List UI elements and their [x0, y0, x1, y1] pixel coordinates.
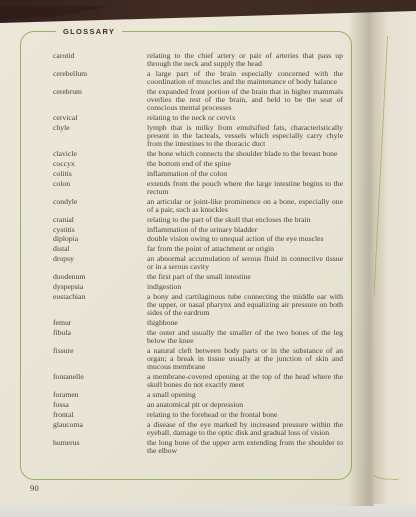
glossary-entry: cervical relating to the neck or cervix — [53, 114, 349, 122]
page-fold-shadow — [348, 10, 374, 506]
glossary-definition: the long bone of the upper arm extending… — [147, 439, 343, 455]
glossary-definition: a large part of the brain especially con… — [147, 70, 343, 86]
glossary-entry: dyspepsia indigestion — [53, 283, 349, 291]
glossary-definition: indigestion — [147, 283, 343, 291]
glossary-entry: distal far from the point of attachment … — [53, 245, 349, 253]
glossary-term: cervical — [53, 114, 147, 122]
glossary-term: fibula — [53, 329, 147, 345]
glossary-definition: the bone which connects the shoulder bla… — [147, 150, 343, 158]
glossary-entry: colon extends from the pouch where the l… — [53, 180, 349, 196]
glossary-definition: relating to the neck or cervix — [147, 114, 343, 122]
glossary-term: foramen — [53, 391, 147, 399]
glossary-entry: cranial relating to the part of the skul… — [53, 216, 349, 224]
glossary-entry: dropsy an abnormal accumulation of serou… — [53, 255, 349, 271]
glossary-entry: chyle lymph that is milky from emulsifie… — [53, 124, 349, 148]
glossary-entry: fissure a natural cleft between body par… — [53, 347, 349, 371]
glossary-entry: colitis inflammation of the colon — [53, 170, 349, 178]
glossary-term: cerebrum — [53, 88, 147, 112]
glossary-entry: carotid relating to the chief artery or … — [53, 52, 349, 68]
glossary-term: distal — [53, 245, 147, 253]
glossary-definition: extends from the pouch where the large i… — [147, 180, 343, 196]
glossary-definition: a small opening — [147, 391, 343, 399]
glossary-entry: fontanelle a membrane-covered opening at… — [53, 373, 349, 389]
glossary-term: colon — [53, 180, 147, 196]
page-number: 90 — [30, 483, 39, 493]
glossary-entry: humerus the long bone of the upper arm e… — [53, 439, 349, 455]
glossary-list: carotid relating to the chief artery or … — [53, 52, 349, 457]
glossary-entry: cerebrum the expanded front portion of t… — [53, 88, 349, 112]
glossary-term: diplopia — [53, 235, 147, 243]
glossary-term: dropsy — [53, 255, 147, 271]
glossary-definition: an abnormal accumulation of serous fluid… — [147, 255, 343, 271]
glossary-entry: condyle an articular or joint-like promi… — [53, 198, 349, 214]
glossary-term: clavicle — [53, 150, 147, 158]
glossary-definition: thighbone — [147, 319, 343, 327]
book-photo-scene: GLOSSARY carotid relating to the chief a… — [0, 0, 416, 517]
glossary-definition: relating to the forehead or the frontal … — [147, 411, 343, 419]
glossary-term: condyle — [53, 198, 147, 214]
glossary-entry: fibula the outer and usually the smaller… — [53, 329, 349, 345]
glossary-term: fontanelle — [53, 373, 147, 389]
glossary-definition: a disease of the eye marked by increased… — [147, 421, 343, 437]
glossary-entry: clavicle the bone which connects the sho… — [53, 150, 349, 158]
glossary-term: colitis — [53, 170, 147, 178]
next-page-edge — [370, 8, 416, 504]
glossary-definition: relating to the part of the skull that e… — [147, 216, 343, 224]
glossary-definition: inflammation of the urinary bladder — [147, 226, 343, 234]
glossary-term: carotid — [53, 52, 147, 68]
glossary-entry: frontal relating to the forehead or the … — [53, 411, 349, 419]
glossary-term: fissure — [53, 347, 147, 371]
glossary-definition: the first part of the small intestine — [147, 273, 343, 281]
glossary-entry: cystitis inflammation of the urinary bla… — [53, 226, 349, 234]
glossary-definition: lymph that is milky from emulsified fats… — [147, 124, 343, 148]
glossary-entry: eustachian a bony and cartilaginous tube… — [53, 293, 349, 317]
glossary-term: chyle — [53, 124, 147, 148]
glossary-term: eustachian — [53, 293, 147, 317]
glossary-definition: the expanded front portion of the brain … — [147, 88, 343, 112]
glossary-term: frontal — [53, 411, 147, 419]
glossary-definition: far from the point of attachment or orig… — [147, 245, 343, 253]
glossary-entry: glaucoma a disease of the eye marked by … — [53, 421, 349, 437]
glossary-entry: femur thighbone — [53, 319, 349, 327]
glossary-definition: an anatomical pit or depression — [147, 401, 343, 409]
glossary-term: dyspepsia — [53, 283, 147, 291]
glossary-entry: diplopia double vision owing to unequal … — [53, 235, 349, 243]
book-page: GLOSSARY carotid relating to the chief a… — [0, 10, 374, 506]
glossary-heading: GLOSSARY — [56, 26, 122, 37]
glossary-term: cerebellum — [53, 70, 147, 86]
glossary-definition: a membrane-covered opening at the top of… — [147, 373, 343, 389]
glossary-entry: foramen a small opening — [53, 391, 349, 399]
glossary-term: femur — [53, 319, 147, 327]
glossary-definition: relating to the chief artery or pair of … — [147, 52, 343, 68]
glossary-entry: fossa an anatomical pit or depression — [53, 401, 349, 409]
glossary-definition: the outer and usually the smaller of the… — [147, 329, 343, 345]
glossary-term: glaucoma — [53, 421, 147, 437]
glossary-definition: double vision owing to unequal action of… — [147, 235, 343, 243]
glossary-term: coccyx — [53, 160, 147, 168]
glossary-term: fossa — [53, 401, 147, 409]
glossary-term: cranial — [53, 216, 147, 224]
glossary-definition: an articular or joint-like prominence on… — [147, 198, 343, 214]
glossary-term: duodenum — [53, 273, 147, 281]
glossary-definition: the bottom end of the spine — [147, 160, 343, 168]
glossary-term: humerus — [53, 439, 147, 455]
glossary-entry: coccyx the bottom end of the spine — [53, 160, 349, 168]
glossary-definition: a natural cleft between body parts or in… — [147, 347, 343, 371]
glossary-entry: duodenum the first part of the small int… — [53, 273, 349, 281]
glossary-entry: cerebellum a large part of the brain esp… — [53, 70, 349, 86]
glossary-definition: a bony and cartilaginous tube connecting… — [147, 293, 343, 317]
glossary-term: cystitis — [53, 226, 147, 234]
glossary-definition: inflammation of the colon — [147, 170, 343, 178]
